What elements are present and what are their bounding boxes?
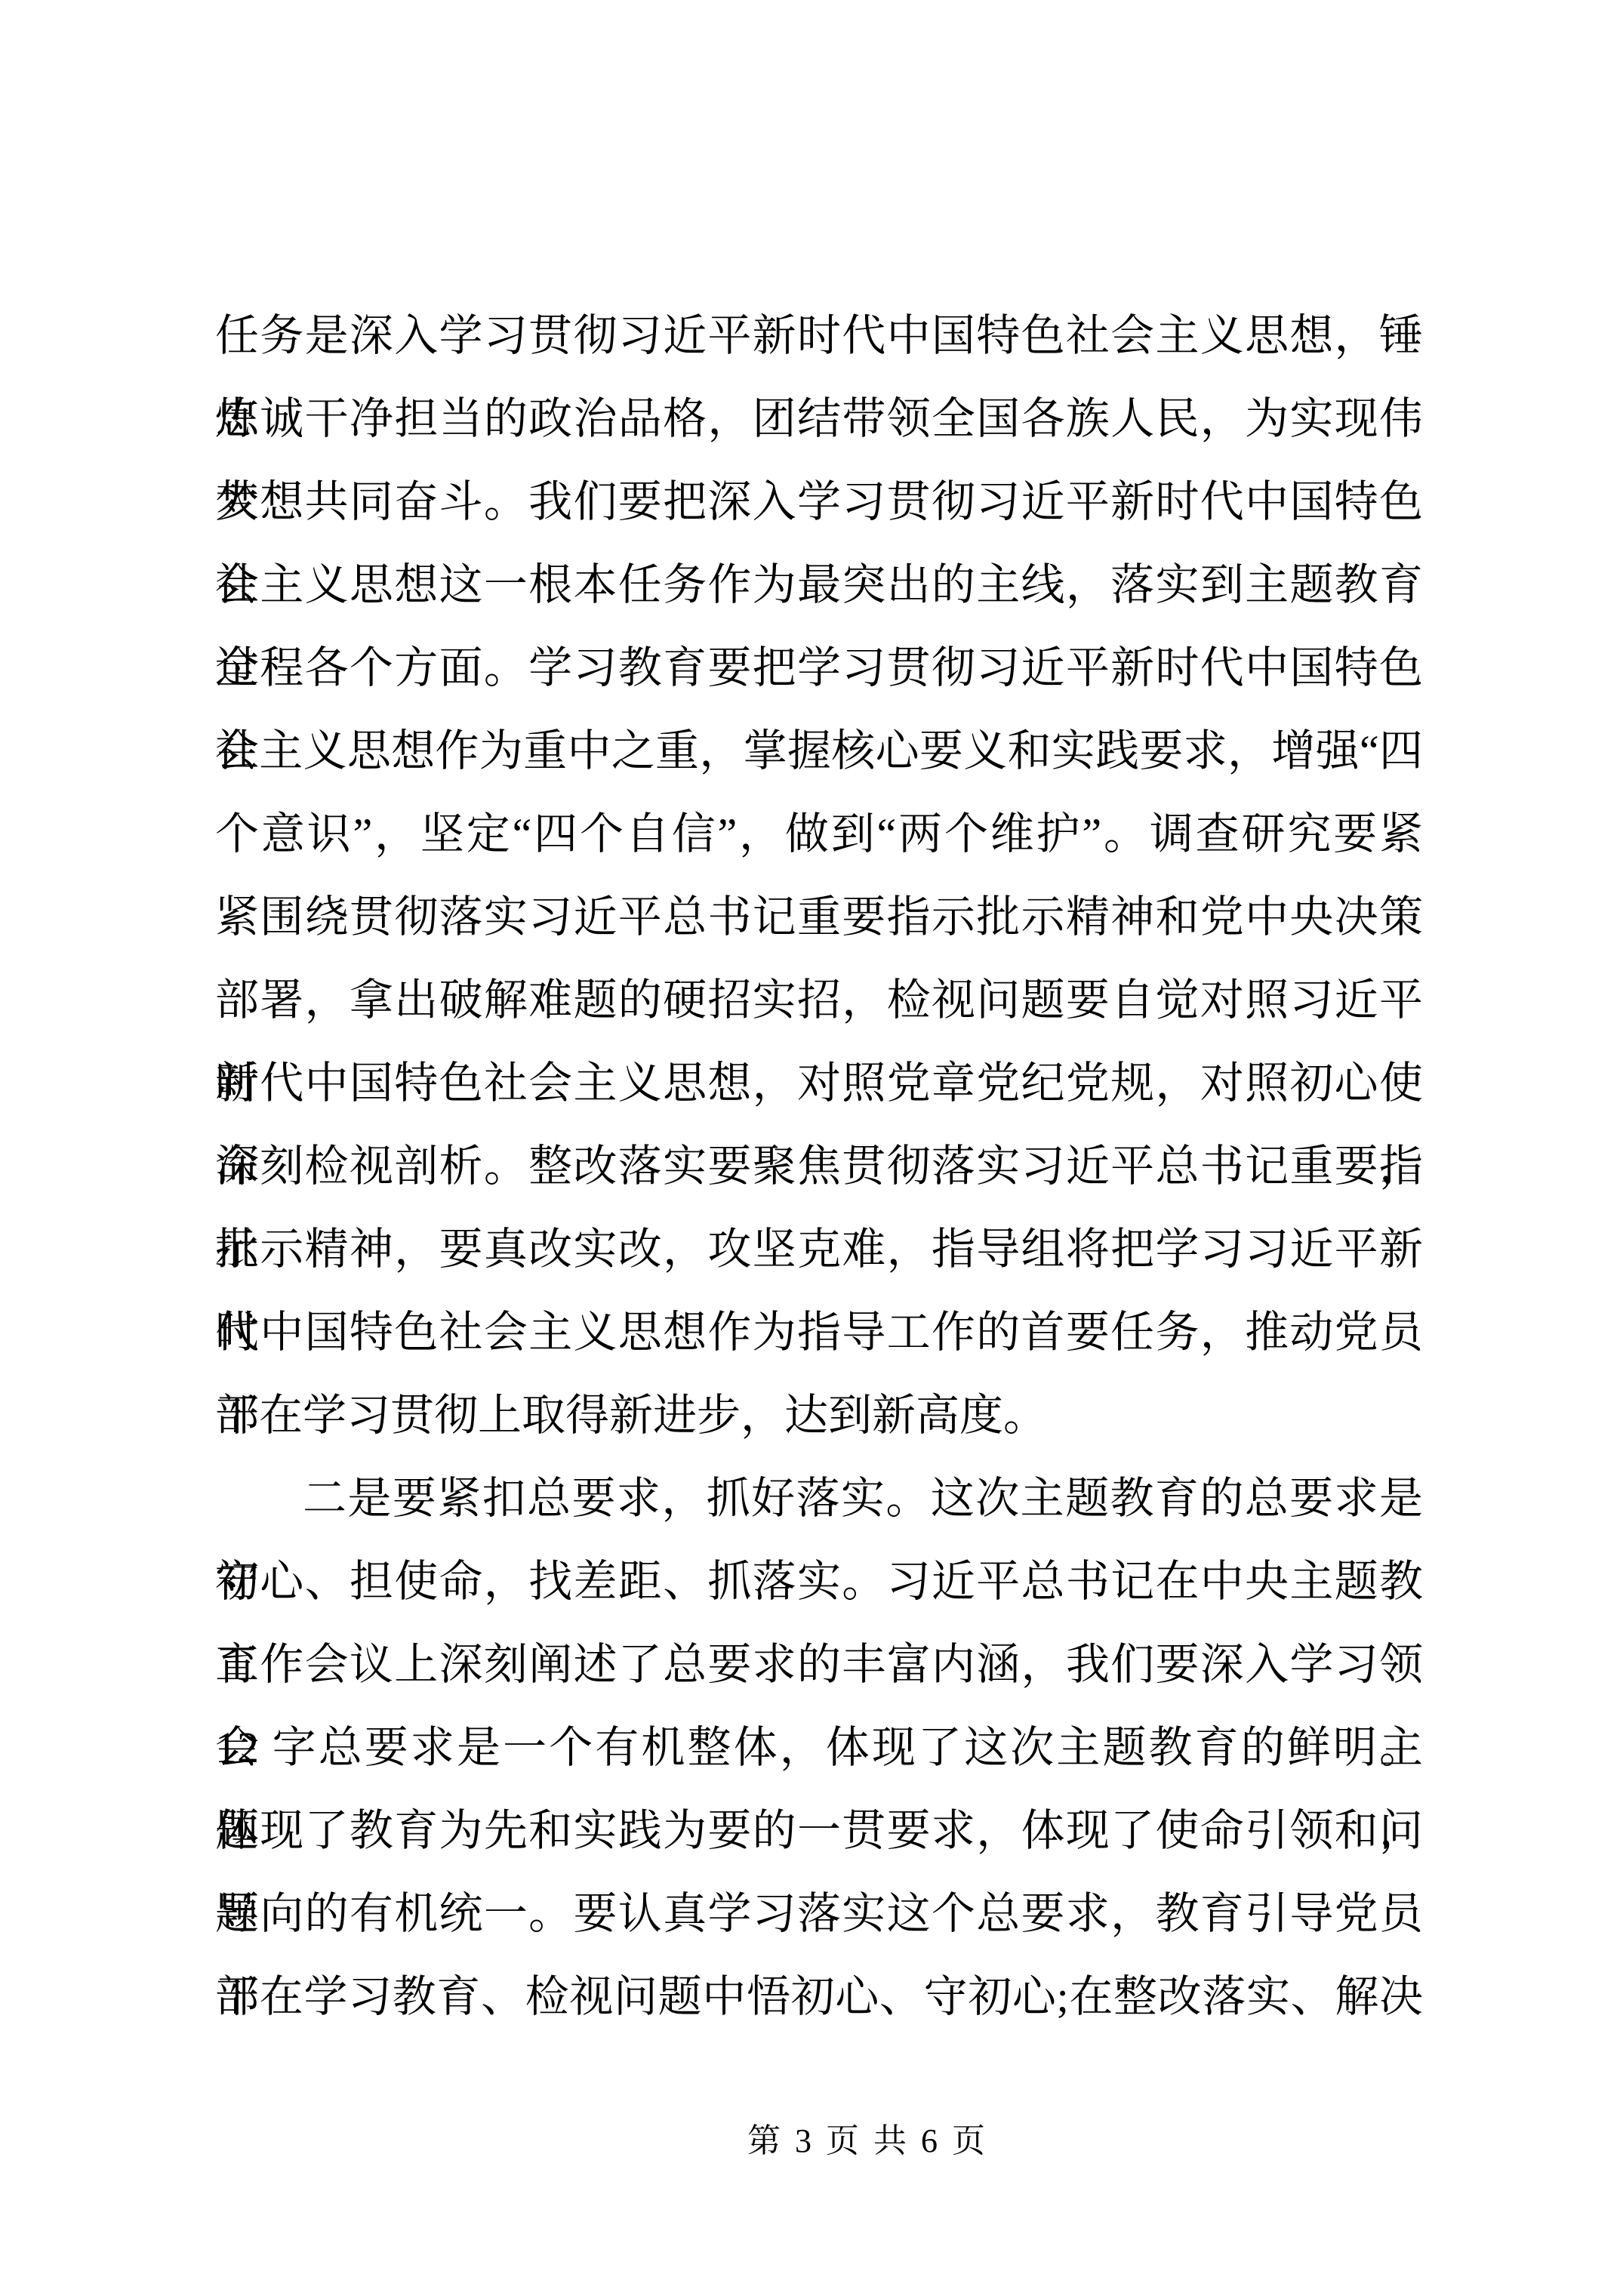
text-line: 深刻检视剖析。整改落实要聚焦贯彻落实习近平总书记重要指示 bbox=[215, 1125, 1423, 1208]
text-line: 会主义思想作为重中之重，掌握核心要义和实践要求，增强“四 bbox=[215, 710, 1423, 793]
text-line: 代中国特色社会主义思想作为指导工作的首要任务，推动党员干 bbox=[215, 1291, 1423, 1374]
text-line: 工作会议上深刻阐述了总要求的丰富内涵，我们要深入学习领会。 bbox=[215, 1623, 1423, 1706]
text-line: 导向的有机统一。要认真学习落实这个总要求，教育引导党员干 bbox=[215, 1872, 1423, 1955]
text-line: 会主义思想这一根本任务作为最突出的主线，落实到主题教育全 bbox=[215, 544, 1423, 627]
page-number-label: 第 3 页 共 6 页 bbox=[747, 2122, 988, 2159]
document-page: 任务是深入学习贯彻习近平新时代中国特色社会主义思想，锤炼忠诚干净担当的政治品格，… bbox=[0, 0, 1623, 2296]
text-line: 初心、担使命，找差距、抓落实。习近平总书记在中央主题教育 bbox=[215, 1540, 1423, 1623]
text-line: 任务是深入学习贯彻习近平新时代中国特色社会主义思想，锤炼 bbox=[215, 294, 1423, 378]
text-line: 忠诚干净担当的政治品格，团结带领全国各族人民，为实现伟大 bbox=[215, 378, 1423, 461]
text-line: 部署，拿出破解难题的硬招实招，检视问题要自觉对照习近平新 bbox=[215, 959, 1423, 1042]
text-line: 紧围绕贯彻落实习近平总书记重要指示批示精神和党中央决策 bbox=[215, 876, 1423, 959]
text-line: 体现了教育为先和实践为要的一贯要求，体现了使命引领和问题 bbox=[215, 1789, 1423, 1872]
text-line: 时代中国特色社会主义思想，对照党章党纪党规，对照初心使命， bbox=[215, 1042, 1423, 1125]
text-line: 批示精神，要真改实改，攻坚克难，指导组将把学习习近平新时 bbox=[215, 1208, 1423, 1291]
text-line: 梦想共同奋斗。我们要把深入学习贯彻习近平新时代中国特色社 bbox=[215, 461, 1423, 544]
text-line: 部在学习教育、检视问题中悟初心、守初心;在整改落实、解决 bbox=[215, 1955, 1423, 2039]
text-line: 12 字总要求是一个有机整体，体现了这次主题教育的鲜明主题， bbox=[215, 1706, 1423, 1789]
text-line: 个意识”，坚定“四个自信”，做到“两个维护”。调查研究要紧 bbox=[215, 793, 1423, 876]
text-line: 过程各个方面。学习教育要把学习贯彻习近平新时代中国特色社 bbox=[215, 627, 1423, 710]
text-line: 二是要紧扣总要求，抓好落实。这次主题教育的总要求是守 bbox=[215, 1457, 1423, 1540]
page-footer: 第 3 页 共 6 页 bbox=[747, 2119, 988, 2164]
text-line: 部在学习贯彻上取得新进步，达到新高度。 bbox=[215, 1374, 1423, 1457]
document-body: 任务是深入学习贯彻习近平新时代中国特色社会主义思想，锤炼忠诚干净担当的政治品格，… bbox=[215, 294, 1423, 2039]
